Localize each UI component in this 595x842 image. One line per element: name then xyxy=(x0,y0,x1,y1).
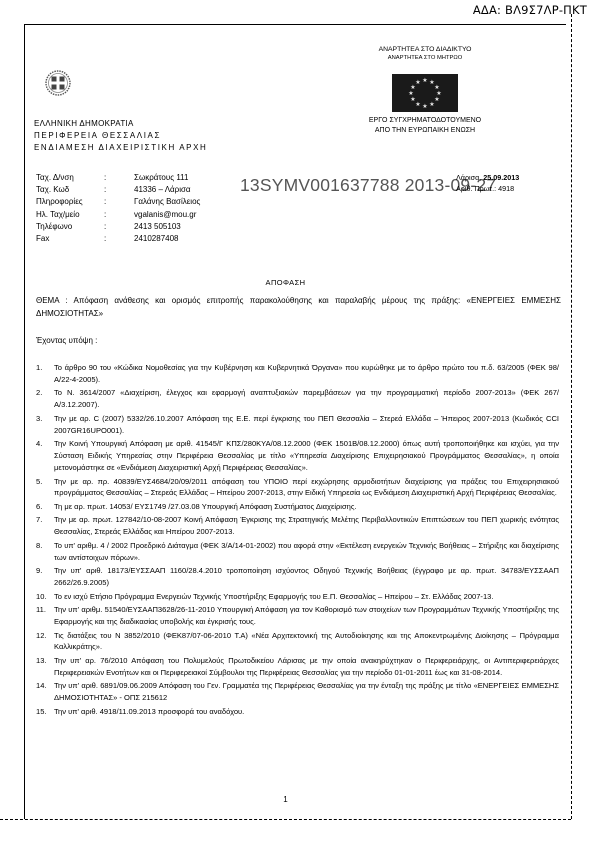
item-number: 1. xyxy=(36,362,54,386)
date-line: Λάρισα, 25.09.2013 xyxy=(456,172,519,183)
issuer-authority: ΕΝΔΙΑΜΕΣΗ ΔΙΑΧΕΙΡΙΣΤΙΚΗ ΑΡΧΗ xyxy=(34,142,207,154)
svg-text:★: ★ xyxy=(408,90,413,97)
list-item: 12.Τις διατάξεις του Ν 3852/2010 (ΦΕΚ87/… xyxy=(36,630,559,654)
publication-block: ΑΝΑΡΤΗΤΕΑ ΣΤΟ ΔΙΑΔΙΚΤΥΟ ΑΝΑΡΤΗΤΕΑ ΣΤΟ ΜΗ… xyxy=(350,44,500,136)
border-left xyxy=(24,24,25,819)
item-number: 8. xyxy=(36,540,54,564)
item-number: 15. xyxy=(36,706,54,718)
svg-text:★: ★ xyxy=(415,79,420,86)
eu-flag-icon: ★ ★ ★ ★ ★ ★ ★ ★ ★ ★ ★ ★ xyxy=(392,74,458,112)
item-text: Το εν ισχύ Ετήσιο Πρόγραμμα Ενεργειών Τε… xyxy=(54,591,559,603)
svg-text:★: ★ xyxy=(434,96,439,103)
list-item: 11.Την υπ' αριθμ. 51540/ΕΥΣΑΑΠ3628/26-11… xyxy=(36,604,559,628)
list-item: 7.Την με αρ. πρωτ. 127842/10-08-2007 Κοι… xyxy=(36,514,559,538)
item-text: Την υπ' αριθμ. 51540/ΕΥΣΑΑΠ3628/26-11-20… xyxy=(54,604,559,628)
considerations-list: 1.Το άρθρο 90 του «Κώδικα Νομοθεσίας για… xyxy=(36,362,559,719)
contact-value: 2410287408 xyxy=(134,233,284,245)
issuer-country: ΕΛΛΗΝΙΚΗ ΔΗΜΟΚΡΑΤΙΑ xyxy=(34,118,207,130)
item-text: Το άρθρο 90 του «Κώδικα Νομοθεσίας για τ… xyxy=(54,362,559,386)
contact-value: Γαλάνης Βασίλειος xyxy=(134,196,284,208)
protocol-line: Αριθ. Πρωτ.: 4918 xyxy=(456,183,519,194)
item-text: Την με αρ. πρωτ. 127842/10-08-2007 Κοινή… xyxy=(54,514,559,538)
svg-text:★: ★ xyxy=(429,101,434,108)
border-top xyxy=(24,24,566,25)
item-number: 13. xyxy=(36,655,54,679)
contact-label: Ταχ. Κωδ xyxy=(36,184,104,196)
item-text: Την υπ' αρ. 76/2010 Απόφαση του Πολυμελο… xyxy=(54,655,559,679)
cofunded-line-2: ΑΠΟ ΤΗΝ ΕΥΡΩΠΑΙΚΗ ΕΝΩΣΗ xyxy=(350,126,500,136)
item-number: 10. xyxy=(36,591,54,603)
item-text: Την Κοινή Υπουργική Απόφαση με αριθ. 415… xyxy=(54,438,559,474)
place-label: Λάρισα, xyxy=(456,173,483,182)
item-number: 7. xyxy=(36,514,54,538)
item-number: 9. xyxy=(36,565,54,589)
item-number: 5. xyxy=(36,476,54,500)
item-text: Την με αρ. πρ. 40839/ΕΥΣ4684/20/09/2011 … xyxy=(54,476,559,500)
border-bottom xyxy=(0,819,571,820)
item-text: Την υπ' αριθ. 6891/09.06.2009 Απόφαση το… xyxy=(54,680,559,704)
item-number: 6. xyxy=(36,501,54,513)
item-text: Τις διατάξεις του Ν 3852/2010 (ΦΕΚ87/07-… xyxy=(54,630,559,654)
page-number: 1 xyxy=(0,795,571,804)
item-number: 11. xyxy=(36,604,54,628)
item-text: Την με αρ. C (2007) 5332/26.10.2007 Απόφ… xyxy=(54,413,559,437)
considerations-heading: Έχοντας υπόψη : xyxy=(36,336,97,345)
item-text: Το Ν. 3614/2007 «Διαχείριση, έλεγχος και… xyxy=(54,387,559,411)
svg-text:★: ★ xyxy=(410,96,415,103)
contact-label: Τηλέφωνο xyxy=(36,221,104,233)
svg-text:★: ★ xyxy=(415,101,420,108)
document-title: ΑΠΟΦΑΣΗ xyxy=(0,278,571,287)
list-item: 1.Το άρθρο 90 του «Κώδικα Νομοθεσίας για… xyxy=(36,362,559,386)
contact-row-fax: Fax : 2410287408 xyxy=(36,233,284,245)
contact-separator: : xyxy=(104,209,134,221)
contact-separator: : xyxy=(104,221,134,233)
item-number: 2. xyxy=(36,387,54,411)
contact-label: Πληροφορίες xyxy=(36,196,104,208)
list-item: 3.Την με αρ. C (2007) 5332/26.10.2007 Απ… xyxy=(36,413,559,437)
list-item: 9.Την υπ' αριθ. 18173/ΕΥΣΣΑΑΠ 1160/28.4.… xyxy=(36,565,559,589)
contact-row-info: Πληροφορίες : Γαλάνης Βασίλειος xyxy=(36,196,284,208)
item-text: Την υπ' αριθ. 4918/11.09.2013 προσφορά τ… xyxy=(54,706,559,718)
list-item: 13.Την υπ' αρ. 76/2010 Απόφαση του Πολυμ… xyxy=(36,655,559,679)
greek-coat-of-arms-icon xyxy=(45,70,71,96)
issuer-block: ΕΛΛΗΝΙΚΗ ΔΗΜΟΚΡΑΤΙΑ ΠΕΡΙΦΕΡΕΙΑ ΘΕΣΣΑΛΙΑΣ… xyxy=(34,118,207,154)
item-text: Την υπ' αριθ. 18173/ΕΥΣΣΑΑΠ 1160/28.4.20… xyxy=(54,565,559,589)
list-item: 2.Το Ν. 3614/2007 «Διαχείριση, έλεγχος κ… xyxy=(36,387,559,411)
border-right xyxy=(571,14,572,819)
protocol-number: 4918 xyxy=(498,184,514,193)
contact-separator: : xyxy=(104,172,134,184)
list-item: 4.Την Κοινή Υπουργική Απόφαση με αριθ. 4… xyxy=(36,438,559,474)
item-text: Τη με αρ. πρωτ. 14053/ ΕΥΣ1749 /27.03.08… xyxy=(54,501,559,513)
svg-text:★: ★ xyxy=(422,77,427,84)
document-subject: ΘΕΜΑ : Απόφαση ανάθεσης και ορισμός επιτ… xyxy=(36,295,561,320)
date-protocol-block: Λάρισα, 25.09.2013 Αριθ. Πρωτ.: 4918 xyxy=(456,172,519,194)
item-number: 12. xyxy=(36,630,54,654)
contact-row-phone: Τηλέφωνο : 2413 505103 xyxy=(36,221,284,233)
item-number: 4. xyxy=(36,438,54,474)
item-text: Το υπ' αριθμ. 4 / 2002 Προεδρικό Διάταγμ… xyxy=(54,540,559,564)
contact-row-email: Ηλ. Ταχ/μείο : vgalanis@mou.gr xyxy=(36,209,284,221)
ada-code: ΑΔΑ: ΒΛ9Σ7ΛΡ-ΠΚΤ xyxy=(473,3,587,17)
list-item: 6.Τη με αρ. πρωτ. 14053/ ΕΥΣ1749 /27.03.… xyxy=(36,501,559,513)
cofunded-line-1: ΕΡΓΟ ΣΥΓΧΡΗΜΑΤΟΔΟΤΟΥΜΕΝΟ xyxy=(350,116,500,126)
contact-separator: : xyxy=(104,233,134,245)
contact-separator: : xyxy=(104,196,134,208)
contact-email-link[interactable]: vgalanis@mou.gr xyxy=(134,209,284,221)
contact-label: Ηλ. Ταχ/μείο xyxy=(36,209,104,221)
protocol-label: Αριθ. Πρωτ.: xyxy=(456,184,498,193)
list-item: 14.Την υπ' αριθ. 6891/09.06.2009 Απόφαση… xyxy=(36,680,559,704)
list-item: 5.Την με αρ. πρ. 40839/ΕΥΣ4684/20/09/201… xyxy=(36,476,559,500)
document-date: 25.09.2013 xyxy=(483,173,519,182)
contact-label: Ταχ. Δ/νση xyxy=(36,172,104,184)
contact-separator: : xyxy=(104,184,134,196)
item-number: 14. xyxy=(36,680,54,704)
contact-value: 2413 505103 xyxy=(134,221,284,233)
item-number: 3. xyxy=(36,413,54,437)
svg-text:★: ★ xyxy=(422,103,427,110)
publish-registry-label: ΑΝΑΡΤΗΤΕΑ ΣΤΟ ΜΗΤΡΩΟ xyxy=(350,53,500,64)
list-item: 15.Την υπ' αριθ. 4918/11.09.2013 προσφορ… xyxy=(36,706,559,718)
list-item: 10.Το εν ισχύ Ετήσιο Πρόγραμμα Ενεργειών… xyxy=(36,591,559,603)
issuer-region: ΠΕΡΙΦΕΡΕΙΑ ΘΕΣΣΑΛΙΑΣ xyxy=(34,130,207,142)
contact-label: Fax xyxy=(36,233,104,245)
list-item: 8.Το υπ' αριθμ. 4 / 2002 Προεδρικό Διάτα… xyxy=(36,540,559,564)
